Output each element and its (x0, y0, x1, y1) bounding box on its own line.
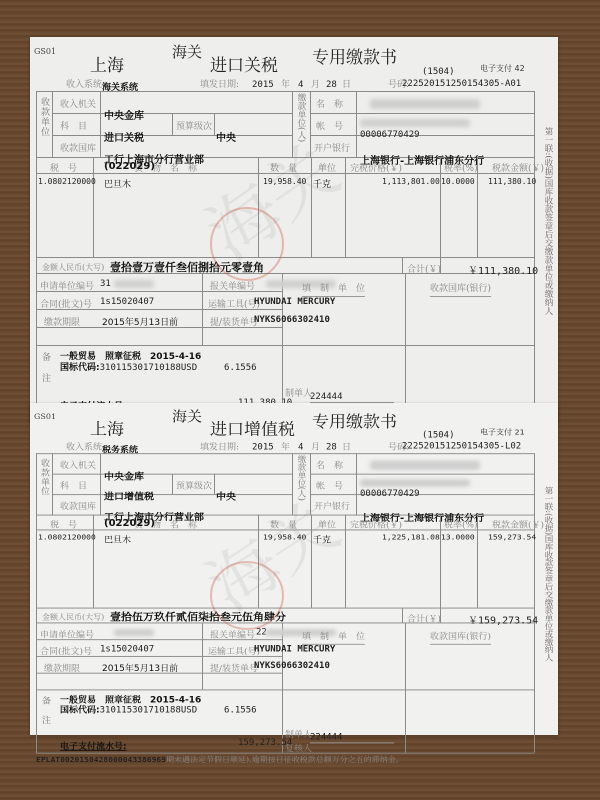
footer-note: EPLAT0020150428000043386969期末遇法定节假日顺延),逾… (36, 755, 404, 765)
bill-of-lading: NYKS6066302410 (254, 315, 330, 325)
tax-type-title: 进口关税 (210, 51, 278, 76)
subject: 进口增值税 (104, 489, 154, 503)
total-amount: ￥159,273.54 (468, 612, 538, 626)
issue-year: 2015 (252, 443, 274, 452)
filler-unit-label: 填 制 单 位 (302, 281, 365, 297)
maker-label: 制单人 (285, 728, 312, 740)
payee-side-label: 收款单位 (38, 459, 51, 496)
item-tax-amount: 159,273.54 (488, 533, 536, 541)
maker-label: 制单人 (285, 386, 312, 399)
subject-label: 科 目 (60, 479, 87, 491)
total-label: 合计(￥) (407, 612, 441, 624)
payer-account: 00006770429 (360, 489, 420, 498)
day-label: 日 (342, 77, 351, 90)
day-label: 日 (342, 440, 351, 452)
budget-level-label: 预算级次 (176, 479, 212, 491)
col-tax-no: 税 号 (50, 161, 77, 174)
revenue-system-label: 收入系统: (66, 440, 105, 452)
payee-org-label: 收入机关 (60, 459, 96, 471)
applicant-no-label: 申请单位编号 (40, 628, 94, 640)
payer-name-redacted (370, 461, 480, 470)
payment-number: 222520151250154305-L02 (402, 442, 521, 451)
item-dutiable-value: 1,113,801.00 (382, 177, 440, 186)
issue-year: 2015 (252, 80, 274, 90)
payer-account-redacted (360, 119, 470, 127)
treasury-label: 收款国库 (60, 141, 96, 154)
deadline-label: 缴款期限 (44, 315, 80, 328)
e-pay-tag: 电子支付 21 (480, 427, 525, 437)
item-rate: 10.0000 (441, 177, 475, 186)
col-qty: 数 量 (270, 161, 297, 174)
payee-org-label: 收入机关 (60, 97, 96, 110)
budget-level-label: 预算级次 (176, 119, 212, 132)
receiving-treasury-label: 收款国库(银行) (430, 630, 491, 645)
subject: 进口关税 (104, 129, 144, 144)
deadline: 2015年5月13日前 (102, 662, 178, 674)
total-label: 合计(￥) (407, 262, 441, 275)
issue-day: 28 (326, 80, 337, 90)
filler-unit-label: 填 制 单 位 (302, 630, 365, 645)
transport-label: 运输工具(号) (208, 297, 260, 310)
payer-name-label: 名 称 (316, 459, 343, 471)
customs-title: 海关 (172, 407, 202, 427)
doc-title: 专用缴款书 (312, 409, 397, 432)
amount-words-label: 金额人民币(大写) (42, 612, 104, 622)
import-vat-payment-slip: 海关 GS01 上海 海关 进口增值税 专用缴款书 电子支付 21 收入系统: … (30, 403, 558, 735)
year-label: 年 (281, 440, 290, 452)
col-unit: 单位 (318, 518, 336, 530)
transport: HYUNDAI MERCURY (254, 297, 335, 307)
payee-side-label: 收款单位 (38, 97, 51, 137)
customs-duty-payment-slip: 海关 GS01 上海 海关 进口关税 专用缴款书 电子支付 42 收入系统: 海… (30, 37, 558, 422)
treasury-label: 收款国库 (60, 500, 96, 512)
bill-of-lading: NYKS6066302410 (254, 662, 330, 671)
issue-month: 4 (298, 80, 303, 90)
treasury-code: (022029) (104, 518, 155, 528)
item-tax-no: 1.0802120000 (38, 533, 96, 541)
receiving-treasury-label: 收款国库(银行) (430, 281, 491, 297)
remarks-label: 备注 (39, 352, 52, 394)
epay-serial: EPLAT0020150428000043386969 (36, 755, 166, 763)
contract-no-label: 合同(批文)号 (40, 645, 92, 657)
number-prefix: (1504) (422, 67, 455, 77)
col-dutiable-value: 完税价格(￥) (350, 518, 402, 530)
item-tax-amount: 111,380.10 (488, 177, 536, 186)
payment-number: 22252015125015430­5-A01 (402, 79, 521, 89)
maker: 224444 (310, 733, 343, 742)
col-qty: 数 量 (270, 518, 297, 530)
issue-day: 28 (326, 443, 337, 452)
remark-line2: 国标代码:310115301710188USD 6.1556 (60, 360, 257, 373)
col-tax-no: 税 号 (50, 518, 77, 530)
copy-side-note: 第一联:(收据)国库收款签章后交缴款单位或缴纳人 (542, 487, 554, 662)
copy-side-note: 第一联:(收据)国库收款签章后交缴款单位或缴纳人 (542, 127, 554, 315)
remarks-label: 备注 (39, 696, 52, 735)
budget-level: 中央 (216, 489, 236, 503)
customs-seal-stamp (210, 207, 284, 281)
item-qty: 19,958.40 (263, 533, 306, 541)
year-label: 年 (281, 77, 290, 90)
bill-of-lading-label: 提/装货单号 (210, 315, 258, 328)
item-dutiable-value: 1,225,181.08 (382, 533, 440, 541)
applicant-no-label: 申请单位编号 (40, 279, 94, 292)
item-rate: 13.0000 (441, 533, 475, 541)
form-code: GS01 (34, 412, 56, 420)
contract-no-label: 合同(批文)号 (40, 297, 92, 310)
deadline: 2015年5月13日前 (102, 315, 178, 328)
city-title: 上海 (90, 416, 124, 439)
payer-account-redacted (360, 479, 470, 486)
payer-name-redacted (370, 99, 480, 109)
payer-account: 00006770429 (360, 130, 420, 140)
month-label: 月 (311, 440, 320, 452)
tax-type-title: 进口增值税 (210, 416, 295, 439)
bill-of-lading-label: 提/装货单号 (210, 662, 258, 674)
amount-words-label: 金额人民币(大写) (42, 262, 104, 273)
treasury-code: (022029) (104, 161, 155, 172)
payee-org: 中央金库 (104, 107, 144, 122)
item-tax-no: 1.0802120000 (38, 177, 96, 186)
applicant-no-redacted (114, 629, 154, 636)
form-code: GS01 (34, 47, 56, 56)
city-title: 上海 (90, 51, 124, 76)
item-unit: 千克 (313, 533, 331, 545)
applicant-no: 31 (100, 279, 111, 289)
number-prefix: (1504) (422, 431, 455, 440)
payer-account-label: 帐 号 (316, 479, 343, 491)
remark-line2: 国标代码:310115301710188USD 6.1556 (60, 703, 257, 715)
payer-side-label: 缴款单位(人) (295, 93, 307, 142)
contract-no: 1s15020407 (100, 645, 154, 654)
customs-seal-stamp (210, 561, 284, 630)
item-goods: 巴旦木 (104, 533, 131, 545)
payer-side-label: 缴款单位(人) (295, 455, 307, 501)
col-dutiable-value: 完税价格(￥) (350, 161, 402, 174)
reviewer-label: 复核人 (285, 742, 312, 754)
transport: HYUNDAI MERCURY (254, 645, 335, 654)
col-unit: 单位 (318, 161, 336, 174)
col-rate: 税率(%) (444, 518, 478, 530)
total-amount: ￥111,380.10 (468, 262, 538, 277)
month-label: 月 (311, 77, 320, 90)
payer-bank-label: 开户银行 (314, 500, 350, 512)
transport-label: 运输工具(号) (208, 645, 260, 657)
payee-org: 中央金库 (104, 468, 144, 482)
subject-label: 科 目 (60, 119, 87, 132)
item-goods: 巴旦木 (104, 177, 131, 190)
payer-name-label: 名 称 (316, 97, 343, 110)
payer-bank-label: 开户银行 (314, 141, 350, 154)
revenue-system-label: 收入系统: (66, 77, 105, 90)
contract-no: 1s15020407 (100, 297, 154, 307)
epay-serial-label: 电子支付流水号: (60, 740, 127, 752)
col-tax-amount: 税款金额(￥) (492, 161, 544, 174)
payer-account-label: 帐 号 (316, 119, 343, 132)
item-qty: 19,958.40 (263, 177, 306, 186)
col-rate: 税率(%) (444, 161, 478, 174)
doc-title: 专用缴款书 (312, 43, 397, 68)
maker: 224444 (310, 392, 343, 402)
issue-month: 4 (298, 443, 303, 452)
item-unit: 千克 (313, 177, 331, 190)
customs-title: 海关 (172, 41, 202, 62)
applicant-no-redacted (114, 280, 154, 288)
budget-level: 中央 (216, 129, 236, 144)
issue-date-label: 填发日期: (200, 77, 239, 90)
issue-date-label: 填发日期: (200, 440, 239, 452)
deadline-label: 缴款期限 (44, 662, 80, 674)
e-pay-tag: 电子支付 42 (480, 63, 525, 74)
col-tax-amount: 税款金额(￥) (492, 518, 544, 530)
